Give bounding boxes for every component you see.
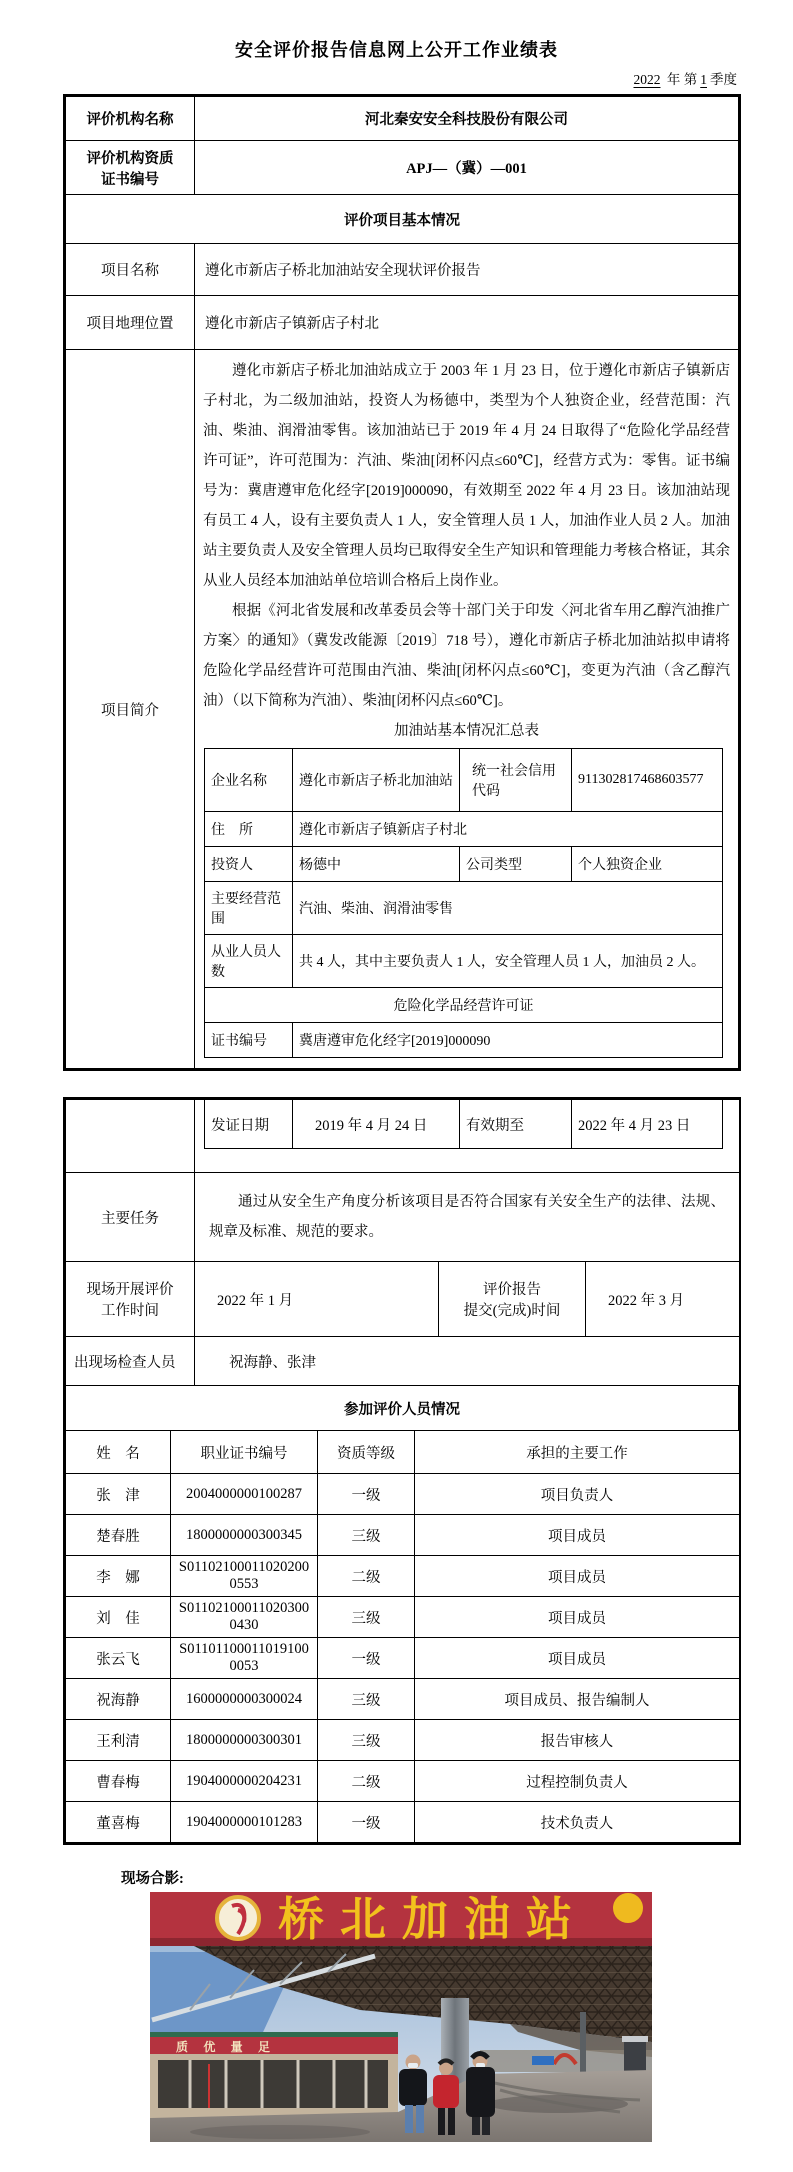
report-time-label-line1: 评价报告 xyxy=(483,1282,541,1298)
col-header-name: 姓 名 xyxy=(66,1431,171,1474)
main-table-1: 评价机构名称 河北秦安安全科技股份有限公司 评价机构资质证书编号 APJ—（冀）… xyxy=(63,94,741,1071)
company-value: 遵化市新店子桥北加油站 xyxy=(293,749,460,812)
participant-role: 项目成员 xyxy=(415,1597,740,1638)
project-section-header: 评价项目基本情况 xyxy=(66,195,739,244)
credit-code-label: 统一社会信用代码 xyxy=(460,749,572,812)
participant-role: 项目成员 xyxy=(415,1556,740,1597)
station-banner-right-logo xyxy=(613,1893,643,1923)
report-time-value: 2022 年 3 月 xyxy=(586,1262,740,1337)
inspectors-label: 出现场检查人员 xyxy=(66,1337,195,1386)
table-row: 发证日期 2019 年 4 月 24 日 有效期至 2022 年 4 月 23 … xyxy=(66,1100,740,1173)
empty-cell xyxy=(66,1100,195,1173)
table-row: 王利清 1800000000300301 三级 报告审核人 xyxy=(66,1720,740,1761)
participant-level: 三级 xyxy=(318,1720,415,1761)
participant-role: 项目成员、报告编制人 xyxy=(415,1679,740,1720)
table-row: 投资人 杨德中 公司类型 个人独资企业 xyxy=(205,847,723,882)
participant-level: 一级 xyxy=(318,1802,415,1843)
project-intro-label: 项目简介 xyxy=(66,350,195,1069)
report-period: 2022 年 第1季度 xyxy=(0,68,737,88)
table-row: 现场开展评价工作时间 2022 年 1 月 评价报告 提交(完成)时间 2022… xyxy=(66,1262,740,1337)
table-row: 主要经营范围 汽油、柴油、润滑油零售 xyxy=(205,882,723,935)
table-row: 祝海静 1600000000300024 三级 项目成员、报告编制人 xyxy=(66,1679,740,1720)
participant-cert: 1600000000300024 xyxy=(171,1679,318,1720)
address-value: 遵化市新店子镇新店子村北 xyxy=(293,812,723,847)
page-title: 安全评价报告信息网上公开工作业绩表 xyxy=(0,36,793,62)
participant-cert: S011021000110202000553 xyxy=(171,1556,318,1597)
participant-role: 项目成员 xyxy=(415,1638,740,1679)
table-row: 项目地理位置 遵化市新店子镇新店子村北 xyxy=(66,296,739,350)
table-row: 张 津 2004000000100287 一级 项目负责人 xyxy=(66,1474,740,1515)
table-row: 评价机构资质证书编号 APJ—（冀）—001 xyxy=(66,141,739,195)
license-dates-table: 发证日期 2019 年 4 月 24 日 有效期至 2022 年 4 月 23 … xyxy=(204,1099,723,1149)
valid-until-label: 有效期至 xyxy=(460,1100,572,1149)
report-time-label-line2: 提交(完成)时间 xyxy=(464,1303,561,1319)
station-logo xyxy=(217,1897,259,1939)
table-row: 危险化学品经营许可证 xyxy=(205,988,723,1023)
participant-name: 李 娜 xyxy=(66,1556,171,1597)
table-row: 企业名称 遵化市新店子桥北加油站 统一社会信用代码 91130281746860… xyxy=(205,749,723,812)
scope-value: 汽油、柴油、润滑油零售 xyxy=(293,882,723,935)
participants-header-row: 姓 名 职业证书编号 资质等级 承担的主要工作 xyxy=(66,1431,740,1474)
col-header-cert: 职业证书编号 xyxy=(171,1431,318,1474)
participant-cert: 1800000000300301 xyxy=(171,1720,318,1761)
participants-table: 姓 名 职业证书编号 资质等级 承担的主要工作 张 津 200400000010… xyxy=(65,1430,740,1843)
participant-name: 楚春胜 xyxy=(66,1515,171,1556)
participant-cert: 2004000000100287 xyxy=(171,1474,318,1515)
scope-label: 主要经营范围 xyxy=(205,882,293,935)
fuel-dispenser-top xyxy=(622,2036,648,2042)
participant-name: 刘 佳 xyxy=(66,1597,171,1638)
staff-label: 从业人员人数 xyxy=(205,935,293,988)
participant-role: 项目成员 xyxy=(415,1515,740,1556)
table2-upper: 发证日期 2019 年 4 月 24 日 有效期至 2022 年 4 月 23 … xyxy=(65,1099,740,1386)
table-row: 发证日期 2019 年 4 月 24 日 有效期至 2022 年 4 月 23 … xyxy=(205,1100,723,1149)
participant-name: 张 津 xyxy=(66,1474,171,1515)
staff-value: 共 4 人，其中主要负责人 1 人，安全管理人员 1 人，加油员 2 人。 xyxy=(293,935,723,988)
project-location-value: 遵化市新店子镇新店子村北 xyxy=(195,296,739,350)
site-time-value: 2022 年 1 月 xyxy=(195,1262,439,1337)
table-row: 住 所 遵化市新店子镇新店子村北 xyxy=(205,812,723,847)
org-cert-value: APJ—（冀）—001 xyxy=(195,141,739,195)
station-summary-table: 企业名称 遵化市新店子桥北加油站 统一社会信用代码 91130281746860… xyxy=(204,748,723,1058)
table-row: 出现场检查人员 祝海静、张津 xyxy=(66,1337,740,1386)
project-intro-cell: 遵化市新店子桥北加油站成立于 2003 年 1 月 23 日，位于遵化市新店子镇… xyxy=(195,350,739,1069)
participant-cert: 1904000000101283 xyxy=(171,1802,318,1843)
participant-role: 技术负责人 xyxy=(415,1802,740,1843)
participant-level: 一级 xyxy=(318,1638,415,1679)
gas-station-photo-illustration: 桥北加油站 质 优 量 足 xyxy=(150,1892,652,2142)
table-row: 项目名称 遵化市新店子桥北加油站安全现状评价报告 xyxy=(66,244,739,296)
participants-section-header: 参加评价人员情况 xyxy=(66,1386,739,1431)
valid-until-value: 2022 年 4 月 23 日 xyxy=(572,1100,723,1149)
participant-level: 三级 xyxy=(318,1597,415,1638)
intro-paragraph-1: 遵化市新店子桥北加油站成立于 2003 年 1 月 23 日，位于遵化市新店子镇… xyxy=(195,356,738,596)
participant-name: 祝海静 xyxy=(66,1679,171,1720)
participant-level: 三级 xyxy=(318,1679,415,1720)
address-label: 住 所 xyxy=(205,812,293,847)
table-row: 项目简介 遵化市新店子桥北加油站成立于 2003 年 1 月 23 日，位于遵化… xyxy=(66,350,739,1069)
page-break-gap xyxy=(0,1071,793,1097)
table-row: 李 娜 S011021000110202000553 二级 项目成员 xyxy=(66,1556,740,1597)
participant-name: 王利清 xyxy=(66,1720,171,1761)
participant-level: 二级 xyxy=(318,1556,415,1597)
period-mid: 年 第 xyxy=(664,72,698,87)
company-type-value: 个人独资企业 xyxy=(572,847,723,882)
org-cert-label: 评价机构资质证书编号 xyxy=(66,141,195,195)
col-header-level: 资质等级 xyxy=(318,1431,415,1474)
main-table-2: 发证日期 2019 年 4 月 24 日 有效期至 2022 年 4 月 23 … xyxy=(63,1097,741,1845)
investor-label: 投资人 xyxy=(205,847,293,882)
table-row: 参加评价人员情况 xyxy=(66,1386,739,1431)
period-year: 2022 xyxy=(631,72,664,87)
participant-cert: S011011000110191000053 xyxy=(171,1638,318,1679)
license-no-label: 证书编号 xyxy=(205,1023,293,1058)
site-photo: 桥北加油站 质 优 量 足 xyxy=(150,1892,652,2142)
project-name-value: 遵化市新店子桥北加油站安全现状评价报告 xyxy=(195,244,739,296)
inspectors-value: 祝海静、张津 xyxy=(195,1337,740,1386)
report-time-label: 评价报告 提交(完成)时间 xyxy=(439,1262,586,1337)
report-page: 安全评价报告信息网上公开工作业绩表 2022 年 第1季度 评价机构名称 河北秦… xyxy=(0,0,793,2172)
participant-level: 三级 xyxy=(318,1515,415,1556)
issue-date-label: 发证日期 xyxy=(205,1100,293,1149)
credit-code-value: 911302817468603577 xyxy=(572,749,723,812)
period-suffix: 季度 xyxy=(710,72,737,87)
period-quarter: 1 xyxy=(697,72,710,87)
participant-name: 曹春梅 xyxy=(66,1761,171,1802)
participant-cert: S011021000110203000430 xyxy=(171,1597,318,1638)
station-banner-text: 桥北加油站 xyxy=(278,1893,588,1945)
table-row: 主要任务 通过从安全生产角度分析该项目是否符合国家有关安全生产的法律、法规、规章… xyxy=(66,1173,740,1262)
distant-blue-sign xyxy=(532,2056,554,2065)
participant-level: 一级 xyxy=(318,1474,415,1515)
table-row: 张云飞 S011011000110191000053 一级 项目成员 xyxy=(66,1638,740,1679)
participant-role: 过程控制负责人 xyxy=(415,1761,740,1802)
license-section-header: 危险化学品经营许可证 xyxy=(205,988,723,1023)
org-name-value: 河北秦安安全科技股份有限公司 xyxy=(195,97,739,141)
table-row: 刘 佳 S011021000110203000430 三级 项目成员 xyxy=(66,1597,740,1638)
intro-paragraph-2: 根据《河北省发展和改革委员会等十部门关于印发〈河北省车用乙醇汽油推广方案〉的通知… xyxy=(195,596,738,716)
license-dates-cell: 发证日期 2019 年 4 月 24 日 有效期至 2022 年 4 月 23 … xyxy=(195,1100,740,1173)
company-type-label: 公司类型 xyxy=(460,847,572,882)
table-row: 董喜梅 1904000000101283 一级 技术负责人 xyxy=(66,1802,740,1843)
table-row: 证书编号 冀唐遵审危化经字[2019]000090 xyxy=(205,1023,723,1058)
participant-name: 张云飞 xyxy=(66,1638,171,1679)
table-row: 楚春胜 1800000000300345 三级 项目成员 xyxy=(66,1515,740,1556)
participant-level: 二级 xyxy=(318,1761,415,1802)
station-building: 质 优 量 足 xyxy=(150,2032,398,2118)
license-no-value: 冀唐遵审危化经字[2019]000090 xyxy=(293,1023,723,1058)
table-row: 从业人员人数 共 4 人，其中主要负责人 1 人，安全管理人员 1 人，加油员 … xyxy=(205,935,723,988)
site-time-label: 现场开展评价工作时间 xyxy=(66,1262,195,1337)
col-header-role: 承担的主要工作 xyxy=(415,1431,740,1474)
project-location-label: 项目地理位置 xyxy=(66,296,195,350)
table-row: 评价项目基本情况 xyxy=(66,195,739,244)
org-name-label: 评价机构名称 xyxy=(66,97,195,141)
summary-table-title: 加油站基本情况汇总表 xyxy=(195,716,738,746)
tasks-label: 主要任务 xyxy=(66,1173,195,1262)
tasks-value: 通过从安全生产角度分析该项目是否符合国家有关安全生产的法律、法规、规章及标准、规… xyxy=(195,1173,740,1262)
participant-cert: 1800000000300345 xyxy=(171,1515,318,1556)
company-label: 企业名称 xyxy=(205,749,293,812)
wet-patch-1 xyxy=(190,2125,370,2139)
table-row: 评价机构名称 河北秦安安全科技股份有限公司 xyxy=(66,97,739,141)
issue-date-value: 2019 年 4 月 24 日 xyxy=(293,1100,460,1149)
participants-header-table: 参加评价人员情况 xyxy=(65,1385,739,1431)
investor-value: 杨德中 xyxy=(293,847,460,882)
participant-role: 报告审核人 xyxy=(415,1720,740,1761)
building-wall-text: 质 优 量 足 xyxy=(176,2039,276,2054)
participant-name: 董喜梅 xyxy=(66,1802,171,1843)
participant-role: 项目负责人 xyxy=(415,1474,740,1515)
project-name-label: 项目名称 xyxy=(66,244,195,296)
tasks-text: 通过从安全生产角度分析该项目是否符合国家有关安全生产的法律、法规、规章及标准、规… xyxy=(201,1187,733,1247)
participant-cert: 1904000000204231 xyxy=(171,1761,318,1802)
table-row: 曹春梅 1904000000204231 二级 过程控制负责人 xyxy=(66,1761,740,1802)
photo-caption: 现场合影: xyxy=(121,1867,793,1888)
